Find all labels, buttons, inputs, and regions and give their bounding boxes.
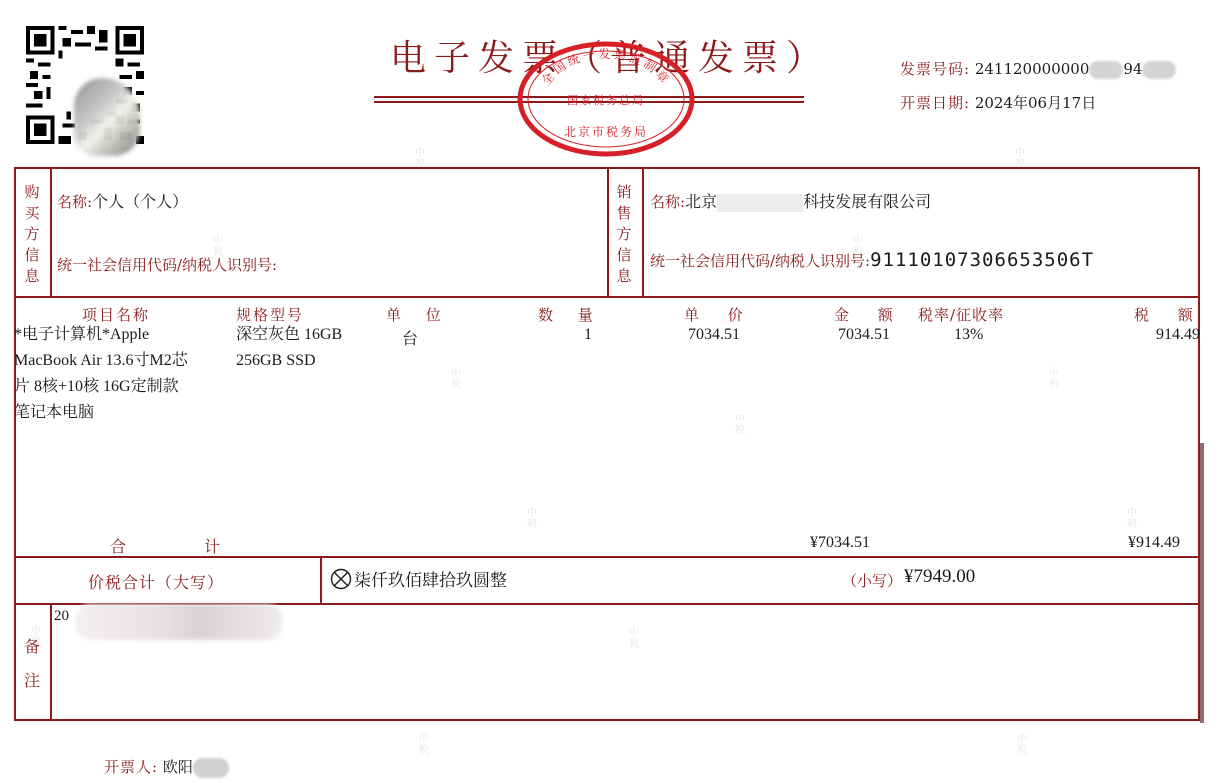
item-name-cell: *电子计算机*Apple MacBook Air 13.6寸M2芯 片 8核+1…: [14, 322, 229, 426]
item-tax: 914.49: [1120, 326, 1200, 344]
seller-name: 名称:北京科技发展有限公司: [650, 189, 931, 212]
grand-total-capital-value: 柒仟玖佰肆拾玖圆整: [354, 566, 507, 591]
buyer-name-value: 个人（个人）: [92, 192, 188, 211]
buyer-name-label: 名称:: [57, 193, 92, 211]
seller-name-suffix: 科技发展有限公司: [803, 192, 931, 211]
invoice-drawer: 开票人: 欧阳: [104, 756, 229, 778]
buyer-taxid-label: 统一社会信用代码/纳税人识别号:: [57, 256, 277, 274]
buyer-section-label: 购买方信息: [22, 182, 42, 287]
divider: [607, 167, 609, 297]
watermark: 中税: [1016, 734, 1028, 756]
buyer-name: 名称:个人（个人）: [57, 189, 188, 212]
seal-middle-text: 国家税务总局: [567, 93, 645, 107]
divider: [320, 556, 322, 604]
divider: [50, 167, 52, 297]
grand-total-small-label: （小写）: [842, 570, 902, 591]
official-seal: 全国统一发票监制章 国家税务总局 北京市税务局: [516, 40, 696, 158]
item-spec-cell: 深空灰色 16GB 256GB SSD: [236, 322, 356, 374]
qr-code: [26, 26, 144, 144]
redaction-blur: [717, 194, 803, 212]
seller-taxid-label: 统一社会信用代码/纳税人识别号:: [650, 252, 870, 270]
col-header-unit-price: 单 价: [684, 304, 755, 325]
remarks-label-1: 备: [14, 634, 50, 657]
grand-total-capital-label: 价税合计（大写）: [88, 570, 224, 593]
divider: [50, 603, 52, 721]
item-unit: 台: [402, 326, 418, 349]
total-tax: ¥914.49: [1128, 534, 1180, 552]
page-edge-shadow: [1200, 443, 1204, 723]
divider: [14, 556, 1200, 558]
buyer-taxid: 统一社会信用代码/纳税人识别号:: [57, 253, 277, 275]
item-quantity: 1: [540, 326, 592, 344]
grand-total-capital: 柒仟玖佰肆拾玖圆整: [330, 566, 507, 591]
seller-taxid: 统一社会信用代码/纳税人识别号:91110107306653506T: [650, 249, 1094, 271]
seller-section-label: 销售方信息: [614, 182, 634, 287]
redaction-blur: [193, 758, 229, 778]
grand-total-small-value: ¥7949.00: [904, 566, 975, 588]
drawer-label: 开票人:: [104, 758, 158, 776]
item-unit-price: 7034.51: [660, 326, 740, 344]
invoice-number-value: 241120000000: [975, 60, 1090, 78]
col-header-quantity: 数 量: [538, 304, 603, 325]
col-header-amount: 金 额: [834, 304, 905, 325]
redaction-blur: [1142, 61, 1176, 79]
drawer-name: 欧阳: [163, 758, 193, 776]
seller-name-prefix: 北京: [685, 192, 717, 211]
col-header-tax: 税 额: [1134, 304, 1205, 325]
total-label-a: 合: [110, 534, 126, 557]
invoice-date-value: 2024年06月17日: [975, 94, 1096, 112]
item-amount: 7034.51: [808, 326, 890, 344]
seller-name-label: 名称:: [650, 193, 685, 211]
redaction-blur: [1089, 61, 1123, 79]
seller-taxid-value: 91110107306653506T: [870, 249, 1094, 271]
invoice-date-label: 开票日期:: [900, 94, 970, 112]
col-header-unit: 单 位: [386, 304, 451, 325]
item-tax-rate: 13%: [954, 326, 983, 344]
total-amount: ¥7034.51: [810, 534, 870, 552]
total-label-b: 计: [204, 534, 220, 557]
divider: [642, 167, 644, 297]
invoice-number-value-mid: 94: [1123, 60, 1142, 78]
invoice-number: 发票号码: 24112000000094: [900, 58, 1176, 79]
invoice-date: 开票日期: 2024年06月17日: [900, 92, 1096, 113]
col-header-tax-rate: 税率/征收率: [918, 304, 1004, 325]
watermark: 中税: [418, 734, 430, 756]
qr-privacy-blur: [74, 78, 140, 156]
remarks-label-2: 注: [14, 668, 50, 691]
remarks-value: 20: [54, 608, 69, 625]
redaction-blur: [76, 604, 282, 640]
circle-x-icon: [330, 568, 352, 590]
seal-bottom-text: 北京市税务局: [564, 124, 648, 139]
invoice-number-label: 发票号码:: [900, 60, 970, 78]
